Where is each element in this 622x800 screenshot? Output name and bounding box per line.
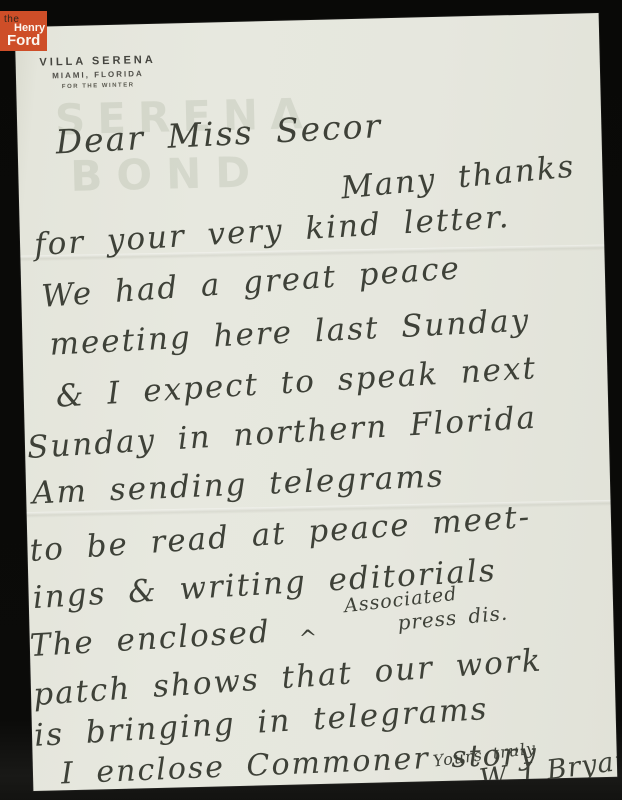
henry-ford-logo-ford: Ford [7, 32, 40, 49]
handwriting-line: We had a great peace [40, 250, 462, 314]
salutation: Dear Miss Secor [55, 106, 383, 161]
scan-background: SERENA BOND VILLA SERENA MIAMI, FLORIDA … [0, 0, 622, 800]
handwriting-line: Am sending telegrams [31, 458, 445, 511]
letterhead-location: MIAMI, FLORIDA [34, 69, 162, 81]
letterhead-tagline: FOR THE WINTER [34, 82, 162, 91]
handwriting-line: meeting here last Sunday [49, 302, 531, 362]
handwriting-line: Many thanks [339, 148, 576, 206]
letter-page: SERENA BOND VILLA SERENA MIAMI, FLORIDA … [15, 13, 617, 791]
letterhead-name: VILLA SERENA [33, 54, 161, 69]
handwriting-line-text: The enclosed [29, 614, 272, 664]
insertion-caret: ^ [298, 626, 320, 652]
henry-ford-logo: the Henry Ford [0, 11, 47, 51]
letterhead: VILLA SERENA MIAMI, FLORIDA FOR THE WINT… [33, 54, 162, 91]
